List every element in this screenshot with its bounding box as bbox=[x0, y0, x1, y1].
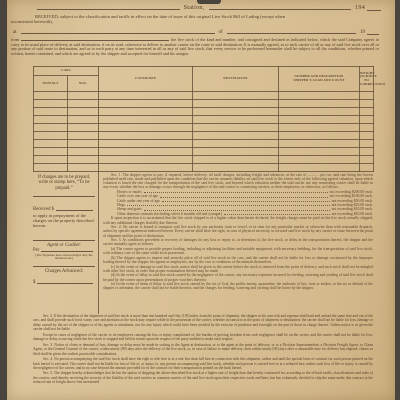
at-line: at of 19 bbox=[11, 30, 379, 35]
contract-clause: (e) In the event of items of delay to sa… bbox=[103, 282, 373, 290]
contract-clause: (c) In the event of damage to said live … bbox=[103, 265, 373, 273]
table-cell bbox=[279, 100, 360, 108]
table-cell bbox=[360, 100, 374, 108]
contract-clause: Sec. 3. As conditions precedent to recov… bbox=[103, 238, 373, 246]
table-cell bbox=[68, 148, 99, 156]
divider-line bbox=[33, 239, 95, 241]
table-cell bbox=[279, 148, 360, 156]
table-cell bbox=[360, 92, 374, 100]
table-cell bbox=[34, 140, 68, 148]
received-clause-line2: inconsistent herewith), bbox=[11, 19, 53, 24]
station-date-line: Station, 194 bbox=[35, 5, 381, 11]
terms-paragraph: Sec. 5. The shipper hereby acknowledges … bbox=[33, 371, 373, 384]
dotted-leader bbox=[162, 200, 330, 202]
table-cell bbox=[34, 132, 68, 140]
contract-clause: (a) The carrier agrees to provide proper… bbox=[103, 247, 373, 255]
table-cell bbox=[279, 164, 360, 172]
table-cell bbox=[34, 124, 68, 132]
received-amount-line: Received $ bbox=[33, 207, 95, 212]
table-cell bbox=[360, 108, 374, 116]
bill-of-lading-document: Station, 194 RECEIVED, subject to the cl… bbox=[7, 0, 395, 400]
table-row bbox=[34, 124, 374, 132]
table-cell bbox=[193, 148, 279, 156]
table-cell bbox=[99, 148, 193, 156]
table-cell bbox=[99, 156, 193, 164]
table-cell bbox=[193, 92, 279, 100]
column-header-destination: DESTINATION bbox=[193, 67, 279, 92]
table-cell bbox=[34, 100, 68, 108]
per-line: Per bbox=[33, 248, 95, 253]
table-cell bbox=[360, 116, 374, 124]
table-cell bbox=[68, 116, 99, 124]
station-label: Station, bbox=[184, 5, 205, 11]
table-cell bbox=[99, 92, 193, 100]
table-cell bbox=[68, 140, 99, 148]
table-row bbox=[34, 156, 374, 164]
livestock-table-header: CARS CONSIGNEE DESTINATION NUMBER AND DE… bbox=[34, 67, 374, 92]
terms-paragraph: Except in cases of negligence of the car… bbox=[33, 333, 373, 342]
table-cell bbox=[279, 140, 360, 148]
table-cell bbox=[193, 140, 279, 148]
table-cell bbox=[34, 148, 68, 156]
prepaid-panel: If charges are to be prepaid, write or s… bbox=[33, 172, 99, 314]
dollar-sign: $ bbox=[33, 280, 35, 285]
table-cell bbox=[360, 156, 374, 164]
table-cell bbox=[68, 132, 99, 140]
section-1-intro: Sec. 1. The shipper agrees to pay, if re… bbox=[103, 173, 373, 190]
year2-blank bbox=[367, 33, 379, 35]
valuation-limit: not exceeding $10.00 each. bbox=[332, 212, 373, 216]
per-blank bbox=[41, 250, 93, 252]
year-blank bbox=[367, 9, 381, 11]
station-blank bbox=[37, 8, 180, 10]
table-cell bbox=[279, 156, 360, 164]
at-blank bbox=[21, 32, 215, 34]
divider-line bbox=[33, 265, 95, 267]
received-clause-line1: RECEIVED, subject to the classification … bbox=[35, 14, 285, 19]
received-amount-blank bbox=[56, 209, 93, 211]
table-cell bbox=[193, 156, 279, 164]
table-cell bbox=[360, 140, 374, 148]
column-header-nos: NOS. bbox=[68, 76, 99, 92]
table-row bbox=[34, 100, 374, 108]
table-cell bbox=[68, 100, 99, 108]
per-label: Per bbox=[33, 248, 39, 253]
dotted-leader bbox=[160, 196, 328, 198]
table-cell bbox=[360, 132, 374, 140]
table-cell bbox=[279, 116, 360, 124]
livestock-table-body bbox=[34, 92, 374, 172]
table-row bbox=[34, 92, 374, 100]
table-cell bbox=[279, 92, 360, 100]
column-header-description: NUMBER AND DESCRIPTION SHIPPER'S LOAD AN… bbox=[279, 67, 360, 92]
contract-conditions: Sec. 1. The shipper agrees to pay, if re… bbox=[99, 172, 373, 314]
table-cell bbox=[34, 164, 68, 172]
table-cell bbox=[99, 108, 193, 116]
dotted-leader bbox=[144, 191, 328, 193]
contract-clause: (b) The shipper agrees to inspect and se… bbox=[103, 256, 373, 264]
table-row bbox=[34, 140, 374, 148]
table-cell bbox=[99, 124, 193, 132]
table-cell bbox=[360, 148, 374, 156]
carriage-clause: fromthe live stock of the kind and numbe… bbox=[11, 38, 379, 57]
dotted-leader bbox=[144, 209, 330, 211]
column-header-cars: CARS bbox=[34, 67, 99, 76]
table-cell bbox=[279, 124, 360, 132]
prepaid-notice: If charges are to be prepaid, write or s… bbox=[33, 175, 95, 191]
table-cell bbox=[68, 108, 99, 116]
terms-block: Sec. 2. If the destination of the shipme… bbox=[33, 314, 373, 386]
column-header-consignee: CONSIGNEE bbox=[99, 67, 193, 92]
apply-prepayment-text: to apply in prepayment of the charges on… bbox=[33, 213, 95, 228]
year-prefix: 194 bbox=[355, 5, 365, 11]
scan-notch bbox=[197, 0, 221, 4]
table-cell bbox=[68, 156, 99, 164]
table-cell bbox=[193, 116, 279, 124]
terms-paragraph: Sec. 4. No person accompanying the said … bbox=[33, 357, 373, 370]
table-row bbox=[34, 108, 374, 116]
table-cell bbox=[34, 108, 68, 116]
dotted-leader bbox=[127, 204, 330, 206]
valuation-row: Other domestic animals (including calves… bbox=[117, 212, 373, 216]
lower-section: If charges are to be prepaid, write or s… bbox=[33, 172, 373, 314]
table-cell bbox=[360, 164, 374, 172]
of-blank bbox=[227, 32, 356, 34]
table-row bbox=[34, 116, 374, 124]
contract-clause: Sec. 2. No carrier is bound to transport… bbox=[103, 225, 373, 237]
charges-amount-blank bbox=[37, 282, 93, 284]
contract-clause: (d) In the event of delay to said live s… bbox=[103, 273, 373, 281]
section-1-tail: If upon inspection it is ascertained tha… bbox=[103, 216, 373, 224]
table-cell bbox=[193, 100, 279, 108]
contract-clauses: Sec. 2. No carrier is bound to transport… bbox=[103, 225, 373, 290]
table-cell bbox=[193, 124, 279, 132]
table-cell bbox=[68, 92, 99, 100]
table-cell bbox=[99, 116, 193, 124]
table-cell bbox=[193, 108, 279, 116]
table-cell bbox=[279, 108, 360, 116]
table-cell bbox=[34, 92, 68, 100]
charges-amount-line: $ bbox=[33, 280, 95, 285]
terms-paragraph: Sec. 3. Notice of claim or demand of los… bbox=[33, 343, 373, 356]
valuation-item: Other domestic animals (including calves… bbox=[117, 212, 222, 216]
year2-label: 19 bbox=[360, 30, 365, 35]
table-cell bbox=[193, 164, 279, 172]
column-header-weight: WEIGHT (SUBJECT TO CORRECTION) bbox=[360, 67, 374, 92]
table-row bbox=[34, 148, 374, 156]
table-cell bbox=[99, 164, 193, 172]
table-row bbox=[34, 164, 374, 172]
received-amount-label: Received $ bbox=[33, 207, 54, 212]
received-clause: RECEIVED, subject to the classification … bbox=[11, 14, 377, 24]
date-blank bbox=[209, 8, 352, 10]
table-cell bbox=[193, 132, 279, 140]
table-cell bbox=[99, 132, 193, 140]
column-header-initials: INITIALS bbox=[34, 76, 68, 92]
table-cell bbox=[34, 156, 68, 164]
livestock-table: CARS CONSIGNEE DESTINATION NUMBER AND DE… bbox=[33, 66, 374, 172]
table-row bbox=[34, 132, 374, 140]
at-label: at bbox=[13, 30, 17, 35]
valuation-list: Horses or mulesnot exceeding $200.00 eac… bbox=[103, 190, 373, 216]
table-cell bbox=[68, 124, 99, 132]
table-cell bbox=[279, 132, 360, 140]
table-cell bbox=[99, 140, 193, 148]
terms-paragraph: Sec. 2. If the destination of the shipme… bbox=[33, 314, 373, 332]
of-label: of bbox=[219, 30, 223, 35]
dotted-leader bbox=[224, 213, 330, 215]
table-cell bbox=[99, 100, 193, 108]
signature-note: (The Signature here acknowledges only th… bbox=[33, 254, 95, 261]
table-cell bbox=[360, 124, 374, 132]
table-cell bbox=[34, 116, 68, 124]
table-cell bbox=[68, 164, 99, 172]
